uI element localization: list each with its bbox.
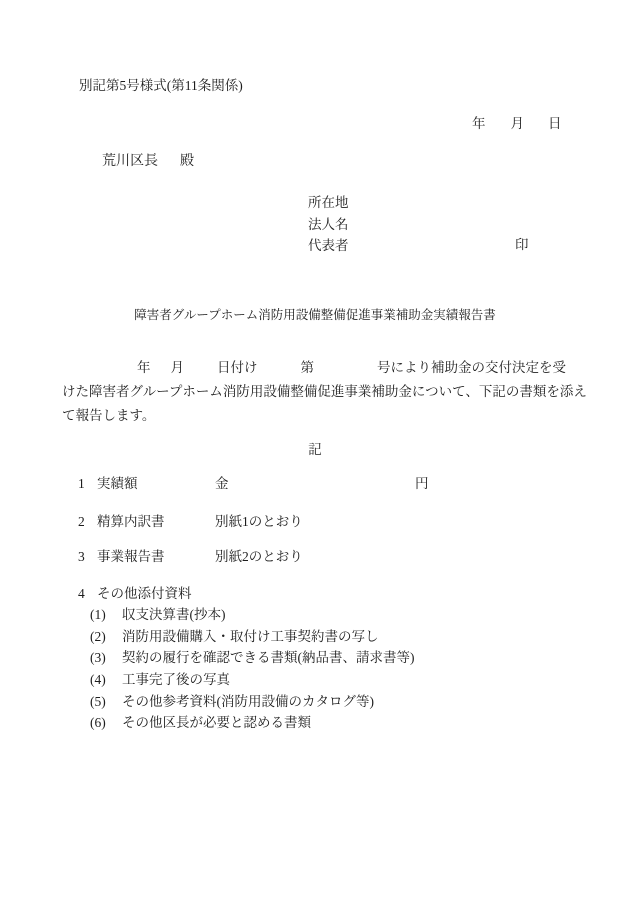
attachment-item: (3) 契約の履行を確認できる書類(納品書、請求書等) <box>0 650 630 668</box>
body-line-2: けた障害者グループホーム消防用設備整備促進事業補助金について、下記の書類を添え <box>62 384 587 400</box>
item-number: 4 <box>78 586 85 602</box>
sender-corporation-label: 法人名 <box>308 217 349 233</box>
attachment-number: (3) <box>90 650 106 666</box>
attachment-item: (2) 消防用設備購入・取付け工事契約書の写し <box>0 629 630 647</box>
date-day-label: 日 <box>548 116 562 131</box>
attachment-text: 契約の履行を確認できる書類(納品書、請求書等) <box>122 650 415 666</box>
attachment-item: (1) 収支決算書(抄本) <box>0 607 630 625</box>
addressee-honorific: 殿 <box>180 154 194 169</box>
body-year-label: 年 <box>137 360 151 375</box>
body-day-suffix: 日付け <box>217 360 258 375</box>
attachment-item: (4) 工事完了後の写真 <box>0 672 630 690</box>
item-number: 3 <box>78 549 85 565</box>
attachment-number: (5) <box>90 694 106 710</box>
item-number: 2 <box>78 514 85 530</box>
date-line: 年月日 <box>472 116 562 132</box>
attachment-text: その他参考資料(消防用設備のカタログ等) <box>122 694 374 710</box>
item-amount-prefix: 金 <box>215 476 229 492</box>
item-label: 精算内訳書 <box>97 514 165 530</box>
attachment-item: (6) その他区長が必要と認める書類 <box>0 715 630 733</box>
item-row-other-attachments: 4 その他添付資料 <box>0 586 630 604</box>
attachment-number: (4) <box>90 672 106 688</box>
body-number-prefix: 第 <box>301 360 315 375</box>
item-amount-unit: 円 <box>415 476 429 492</box>
attachment-number: (6) <box>90 715 106 731</box>
item-number: 1 <box>78 476 85 492</box>
sender-address-label: 所在地 <box>308 195 349 211</box>
form-id: 別記第5号様式(第11条関係) <box>79 78 243 94</box>
item-row-business-report: 3 事業報告書 別紙2のとおり <box>0 549 630 567</box>
item-label: その他添付資料 <box>97 586 192 602</box>
item-row-actual-amount: 1 実績額 金 円 <box>0 476 630 494</box>
item-label: 事業報告書 <box>97 549 165 565</box>
document-page: 別記第5号様式(第11条関係) 年月日 荒川区長殿 所在地 法人名 代表者 印 … <box>0 0 630 903</box>
record-heading: 記 <box>0 442 630 458</box>
body-month-label: 月 <box>171 360 185 375</box>
body-line-1: 年月日付け第号により補助金の交付決定を受 <box>137 360 566 376</box>
attachment-text: その他区長が必要と認める書類 <box>122 715 311 731</box>
document-title: 障害者グループホーム消防用設備整備促進事業補助金実績報告書 <box>0 308 630 323</box>
seal-mark: 印 <box>515 237 529 253</box>
date-month-label: 月 <box>511 116 525 131</box>
body-line1-rest: 号により補助金の交付決定を受 <box>377 360 566 375</box>
attachment-text: 収支決算書(抄本) <box>122 607 226 623</box>
item-value: 別紙2のとおり <box>215 549 303 565</box>
addressee-line: 荒川区長殿 <box>102 154 194 171</box>
body-line-3: て報告します。 <box>62 408 155 424</box>
attachment-number: (1) <box>90 607 106 623</box>
item-row-settlement-breakdown: 2 精算内訳書 別紙1のとおり <box>0 514 630 532</box>
attachment-number: (2) <box>90 629 106 645</box>
addressee-name: 荒川区長 <box>102 154 158 169</box>
attachment-text: 消防用設備購入・取付け工事契約書の写し <box>122 629 379 645</box>
attachment-item: (5) その他参考資料(消防用設備のカタログ等) <box>0 694 630 712</box>
item-label: 実績額 <box>97 476 138 492</box>
item-value: 別紙1のとおり <box>215 514 303 530</box>
attachment-text: 工事完了後の写真 <box>122 672 230 688</box>
sender-representative-label: 代表者 <box>308 238 349 254</box>
date-year-label: 年 <box>472 116 486 131</box>
